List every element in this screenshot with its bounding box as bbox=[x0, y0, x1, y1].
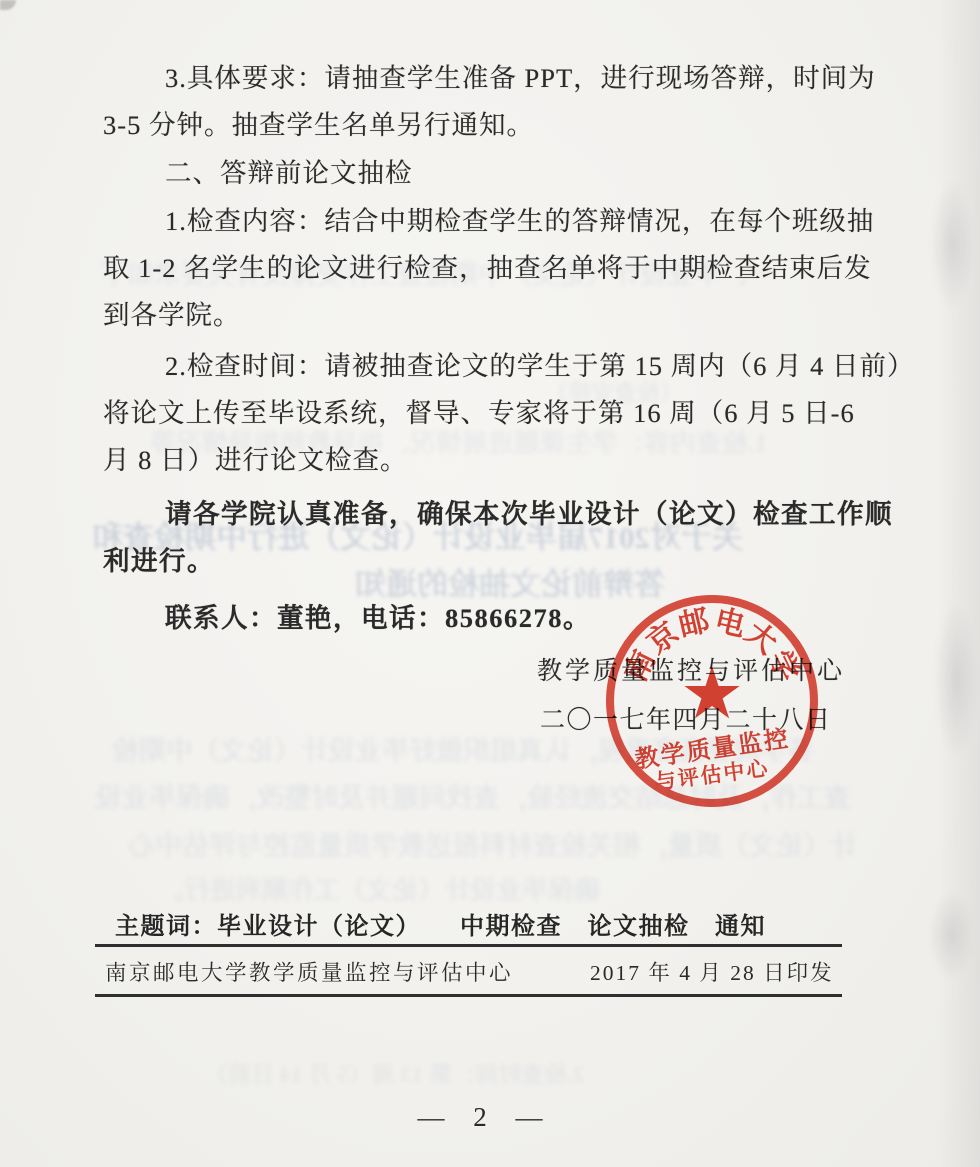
scan-artifact bbox=[0, 0, 16, 10]
bleedthrough-line: 2.检查时间：第 13 周（5 月 14 日前） bbox=[205, 1056, 585, 1089]
footer-print-date: 2017 年 4 月 28 日印发 bbox=[590, 956, 834, 987]
body-line: 2.检查时间：请被抽查论文的学生于第 15 周内（6 月 4 日前） bbox=[165, 344, 915, 383]
footer-rule-bottom bbox=[95, 994, 842, 997]
body-line: 将论文上传至毕设系统，督导、专家将于第 16 周（6 月 5 日-6 bbox=[103, 391, 855, 430]
document-page: 关于对2017届毕业设计（论文）进行中期检查和 答辩前论文抽检的通知 一、毕业设… bbox=[0, 0, 980, 1167]
body-line: 利进行。 bbox=[103, 539, 215, 578]
bleedthrough-line: 确保毕业设计（论文）工作顺利进行。 bbox=[158, 870, 600, 907]
official-seal: 南 京 邮 电 大 学 ★ 教学质量监控 与评估中心 bbox=[606, 595, 818, 807]
body-line: 请各学院认真准备，确保本次毕业设计（论文）检查工作顺 bbox=[165, 492, 893, 531]
footer-publisher: 南京邮电大学教学质量监控与评估中心 bbox=[105, 956, 513, 987]
contact-line: 联系人：董艳，电话：85866278。 bbox=[165, 596, 591, 635]
body-line: 3-5 分钟。抽查学生名单另行通知。 bbox=[103, 103, 534, 142]
body-line: 取 1-2 名学生的论文进行检查，抽查名单将于中期检查结束后发 bbox=[103, 246, 872, 285]
body-line: 到各学院。 bbox=[103, 293, 241, 332]
footer-rule-top bbox=[95, 944, 842, 947]
seal-arc-char: 邮 bbox=[676, 606, 712, 642]
bleedthrough-line: 计（论文）质量，相关检查材料报送教学质量监控与评估中心 bbox=[128, 824, 857, 863]
subject-keywords: 主题词：毕业设计（论文） 中期检查 论文抽检 通知 bbox=[115, 906, 766, 941]
section-heading: 二、答辩前论文抽检 bbox=[165, 151, 413, 190]
body-line: 1.检查内容：结合中期检查学生的答辩情况，在每个班级抽 bbox=[165, 199, 874, 238]
body-line: 3.具体要求：请抽查学生准备 PPT，进行现场答辩，时间为 bbox=[165, 56, 876, 95]
scan-edge-shadow bbox=[938, 0, 980, 1167]
page-number: — 2 — bbox=[0, 1102, 960, 1133]
body-line: 月 8 日）进行论文检查。 bbox=[103, 438, 408, 477]
